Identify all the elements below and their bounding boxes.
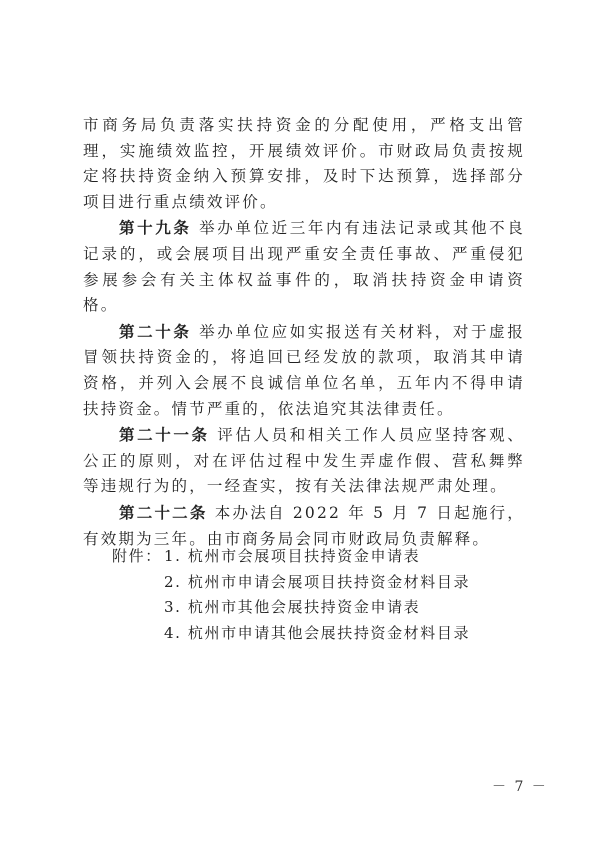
attachments-list: 附件：1. 杭州市会展项目扶持资金申请表 2. 杭州市申请会展项目扶持资金材料目… (112, 544, 470, 646)
attachment-item: 4. 杭州市申请其他会展扶持资金材料目录 (112, 621, 470, 647)
article-heading: 第二十二条 (119, 503, 208, 522)
article-heading: 第十九条 (119, 218, 192, 237)
attachment-title: 4. 杭州市申请其他会展扶持资金材料目录 (164, 624, 470, 642)
attachment-item: 3. 杭州市其他会展扶持资金申请表 (112, 595, 470, 621)
attachment-item: 2. 杭州市申请会展项目扶持资金材料目录 (112, 570, 470, 596)
article-21: 第二十一条 评估人员和相关工作人员应坚持客观、公正的原则，对在评估过程中发生弄虚… (83, 422, 525, 500)
attachment-title: 2. 杭州市申请会展项目扶持资金材料目录 (164, 573, 470, 591)
document-body: 市商务局负责落实扶持资金的分配使用，严格支出管理，实施绩效监控，开展绩效评价。市… (83, 113, 525, 552)
document-page: 市商务局负责落实扶持资金的分配使用，严格支出管理，实施绩效监控，开展绩效评价。市… (0, 0, 600, 848)
paragraph-continuation: 市商务局负责落实扶持资金的分配使用，严格支出管理，实施绩效监控，开展绩效评价。市… (83, 113, 525, 215)
attachment-title: 1. 杭州市会展项目扶持资金申请表 (164, 547, 420, 565)
paragraph-text: 市商务局负责落实扶持资金的分配使用，严格支出管理，实施绩效监控，开展绩效评价。市… (83, 116, 525, 211)
attachment-title: 3. 杭州市其他会展扶持资金申请表 (164, 598, 420, 616)
article-heading: 第二十条 (119, 322, 192, 341)
article-20: 第二十条 举办单位应如实报送有关材料，对于虚报冒领扶持资金的，将追回已经发放的款… (83, 319, 525, 422)
article-19: 第十九条 举办单位近三年内有违法记录或其他不良记录的，或会展项目出现严重安全责任… (83, 215, 525, 318)
article-heading: 第二十一条 (119, 425, 210, 444)
attachments-label: 附件： (112, 544, 164, 570)
attachment-item: 附件：1. 杭州市会展项目扶持资金申请表 (112, 544, 470, 570)
page-number: － 7 － (492, 776, 548, 796)
